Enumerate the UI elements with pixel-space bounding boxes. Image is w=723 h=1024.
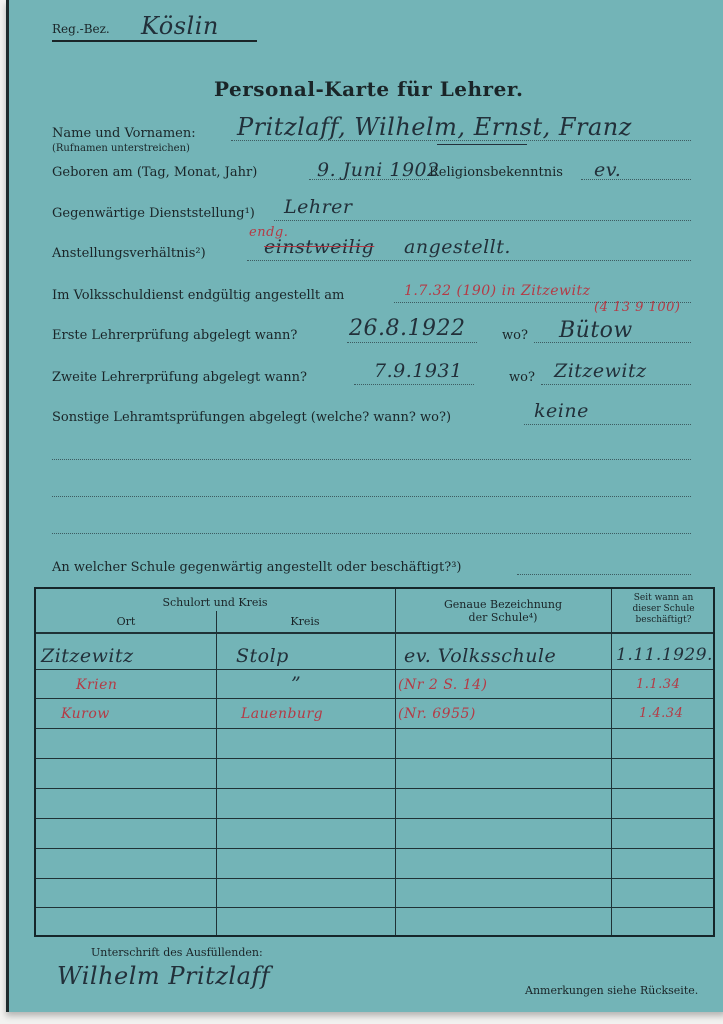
name-value: Pritzlaff, Wilhelm, Ernst, Franz [237,113,632,141]
reg-bez-value: Köslin [141,12,219,40]
row-line-3 [36,728,713,729]
final-appointment-value: 1.7.32 (190) in Zitzewitz [404,283,590,299]
row1-school: ev. Volksschule [404,645,556,667]
final-appointment-note: (4 13 9 100) [594,300,680,315]
name-sublabel: (Rufnamen unterstreichen) [52,143,190,154]
header-kreis: Kreis [216,615,394,628]
other-exams-dotted-line [524,424,691,425]
exam2-where-dotted-line [541,384,691,385]
divider-kreis-school [395,589,396,935]
position-label: Gegenwärtige Dienststellung¹) [52,206,255,221]
header-since: Seit wann an dieser Schule beschäftigt? [612,593,715,626]
current-school-question: An welcher Schule gegenwärtig angestellt… [52,560,461,575]
header-since-line3: beschäftigt? [612,615,715,626]
row-line-6 [36,818,713,819]
row3-school: (Nr. 6955) [398,706,476,722]
exam1-where: Bütow [559,318,633,343]
row2-school: (Nr 2 S. 14) [398,677,487,693]
name-label: Name und Vornamen: [52,126,196,141]
header-school-name-line1: Genaue Bezeichnung [396,598,610,611]
row-line-5 [36,788,713,789]
header-school-location: Schulort und Kreis [36,596,394,609]
row1-since: 1.11.1929. [616,645,713,665]
born-label: Geboren am (Tag, Monat, Jahr) [52,165,257,180]
row3-since: 1.4.34 [639,706,683,721]
divider-school-since [611,589,612,935]
row-line-8 [36,878,713,879]
exam1-where-label: wo? [502,328,528,343]
header-bottom-line [36,632,713,634]
divider-ort-kreis [216,611,217,935]
religion-value: ev. [594,159,621,181]
current-school-dotted-line [517,574,691,575]
school-history-table: Schulort und Kreis Ort Kreis Genaue Beze… [34,587,715,937]
header-school-name-line2: der Schule⁴) [396,611,610,624]
row2-since: 1.1.34 [636,677,680,692]
header-since-line1: Seit wann an [612,593,715,604]
exam2-label: Zweite Lehrerprüfung abgelegt wann? [52,370,307,385]
reg-bez-label: Reg.-Bez. [52,22,110,36]
reg-bez-underline [52,40,257,42]
row-line-2 [36,698,713,699]
final-appointment-label: Im Volksschuldienst endgültig angestellt… [52,288,344,303]
header-ort: Ort [36,615,216,628]
blank-line-1 [52,459,691,460]
employment-value: angestellt. [404,236,511,258]
position-dotted-line [274,220,691,221]
signature-value: Wilhelm Pritzlaff [57,962,270,990]
row1-ort: Zitzewitz [41,645,134,667]
employment-dotted-line [247,260,691,261]
row-line-9 [36,907,713,908]
born-value: 9. Juni 1902 [317,159,440,181]
signature-label: Unterschrift des Ausfüllenden: [91,946,263,959]
exam2-date: 7.9.1931 [374,360,463,382]
blank-line-2 [52,496,691,497]
religion-label: Religionsbekenntnis [429,165,563,180]
exam1-date-dotted-line [347,342,477,343]
personnel-card: Reg.-Bez. Köslin Personal-Karte für Lehr… [6,0,723,1012]
row-line-7 [36,848,713,849]
position-value: Lehrer [284,196,353,218]
page-title: Personal-Karte für Lehrer. [214,77,523,101]
rufname-underline [437,144,527,145]
exam1-date: 26.8.1922 [349,316,465,341]
row2-kreis: ” [291,673,301,695]
row1-kreis: Stolp [236,645,289,667]
employment-label: Anstellungsverhältnis²) [52,246,206,261]
exam2-date-dotted-line [354,384,474,385]
row3-kreis: Lauenburg [241,706,323,722]
other-exams-value: keine [534,400,589,422]
employment-struck-value: einstweilig [264,236,374,258]
row-line-4 [36,758,713,759]
header-school-name: Genaue Bezeichnung der Schule⁴) [396,598,610,624]
row-line-1 [36,669,713,670]
exam2-where: Zitzewitz [554,360,647,382]
exam1-label: Erste Lehrerprüfung abgelegt wann? [52,328,297,343]
row3-ort: Kurow [61,706,110,722]
blank-line-3 [52,533,691,534]
row2-ort: Krien [76,677,117,693]
exam2-where-label: wo? [509,370,535,385]
other-exams-label: Sonstige Lehramtsprüfungen abgelegt (wel… [52,410,451,425]
header-since-line2: dieser Schule [612,604,715,615]
footnote-reference: Anmerkungen siehe Rückseite. [525,984,698,997]
